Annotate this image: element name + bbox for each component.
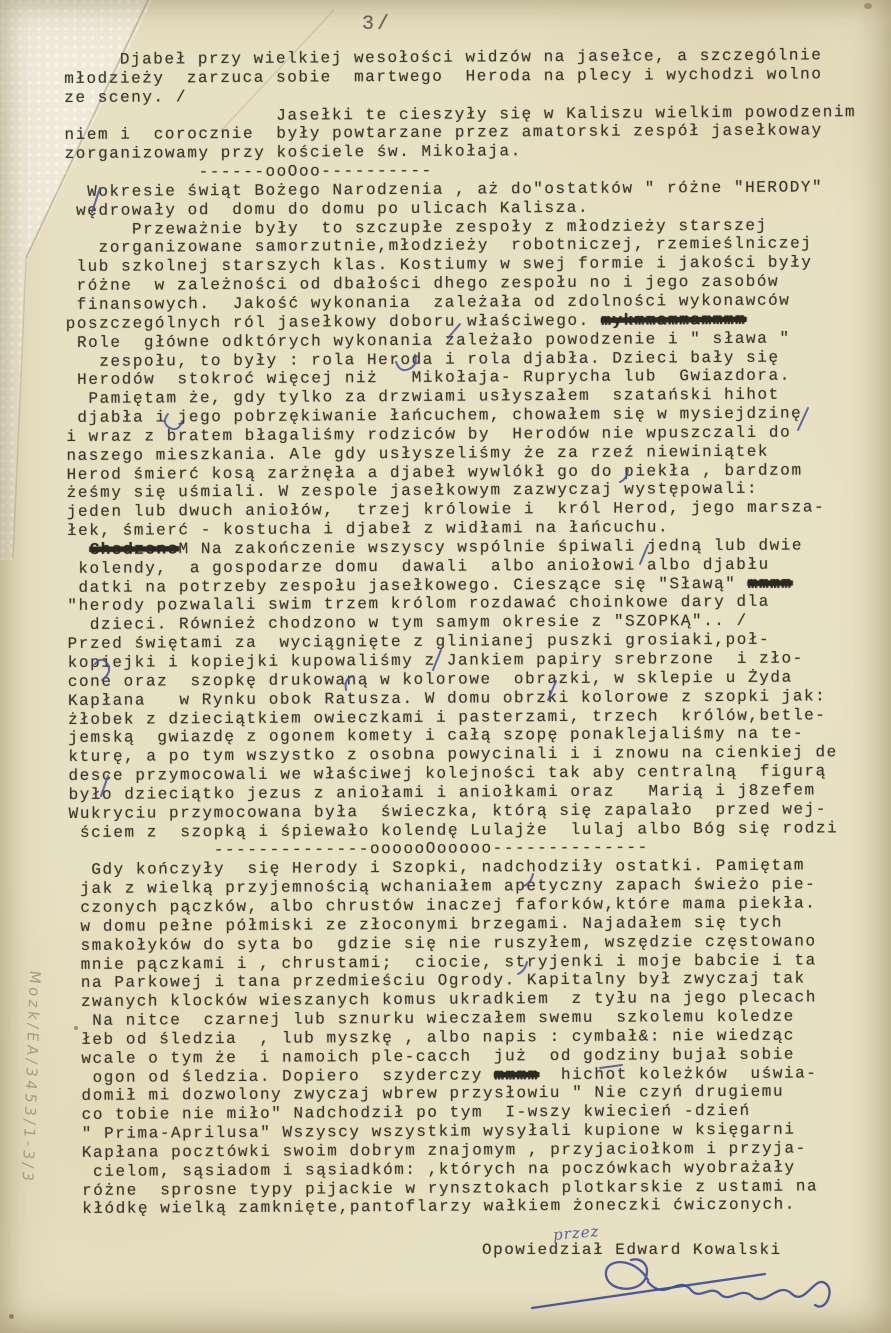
text-segment: ------ooOoo---------- <box>65 162 433 182</box>
text-segment: kłódkę wielką zamknięte,pantoflarzy wałk… <box>71 1196 796 1218</box>
paper-speck <box>74 1026 78 1030</box>
signature-flourish <box>648 1282 830 1307</box>
paper-speck <box>9 1314 14 1319</box>
text-segment: niem i corocznie były powtarzane przez a… <box>64 122 822 145</box>
overstruck-text: Chodzono <box>89 540 178 559</box>
overstruck-text: mykmmammammmm <box>601 311 746 330</box>
text-segment: poszczególnych ról jasełkowy doboru właś… <box>66 312 601 333</box>
signature-loop <box>606 1259 648 1288</box>
text-segment: ogon od śledzia. Dopiero szyderczy <box>70 1066 494 1087</box>
text-segment: hichot koleżków uświa- <box>539 1064 818 1084</box>
typewritten-lines: Djabeł przy wielkiej wesołości widzów na… <box>64 46 863 1219</box>
signature <box>520 1248 850 1333</box>
text-segment: młodzieży zarzuca sobie martwego Heroda … <box>64 65 822 88</box>
text-segment: zorganizowamy przy kościele św. Mikołaja… <box>65 142 522 163</box>
scanned-document-page: 3/ Djabeł przy wielkiej wesołości widzów… <box>0 0 891 1333</box>
paper-speck <box>864 3 872 9</box>
text-segment: jeden lub dwuch aniołów, trzej królowie … <box>67 499 825 522</box>
text-segment: Wokresie świąt Bożego Narodzenia , aż do… <box>65 178 823 201</box>
text-segment: wędrowały od domu do domu po ulicach Kal… <box>65 199 589 220</box>
signature-stroke <box>532 1274 765 1308</box>
text-segment: ze sceny. / <box>64 88 187 107</box>
archive-reference-code: Mozk/EA/3453/1-3/3 <box>19 969 44 1185</box>
overstruck-text: mmmm <box>747 574 792 592</box>
closing-attribution-line: Opowiedział Edward Kowalski <box>482 1241 782 1259</box>
text-segment <box>67 541 89 559</box>
text-line: kłódkę wielką zamknięte,pantoflarzy wałk… <box>71 1196 863 1220</box>
page-number: 3/ <box>362 13 392 36</box>
overstruck-text: mmmm <box>494 1066 539 1084</box>
